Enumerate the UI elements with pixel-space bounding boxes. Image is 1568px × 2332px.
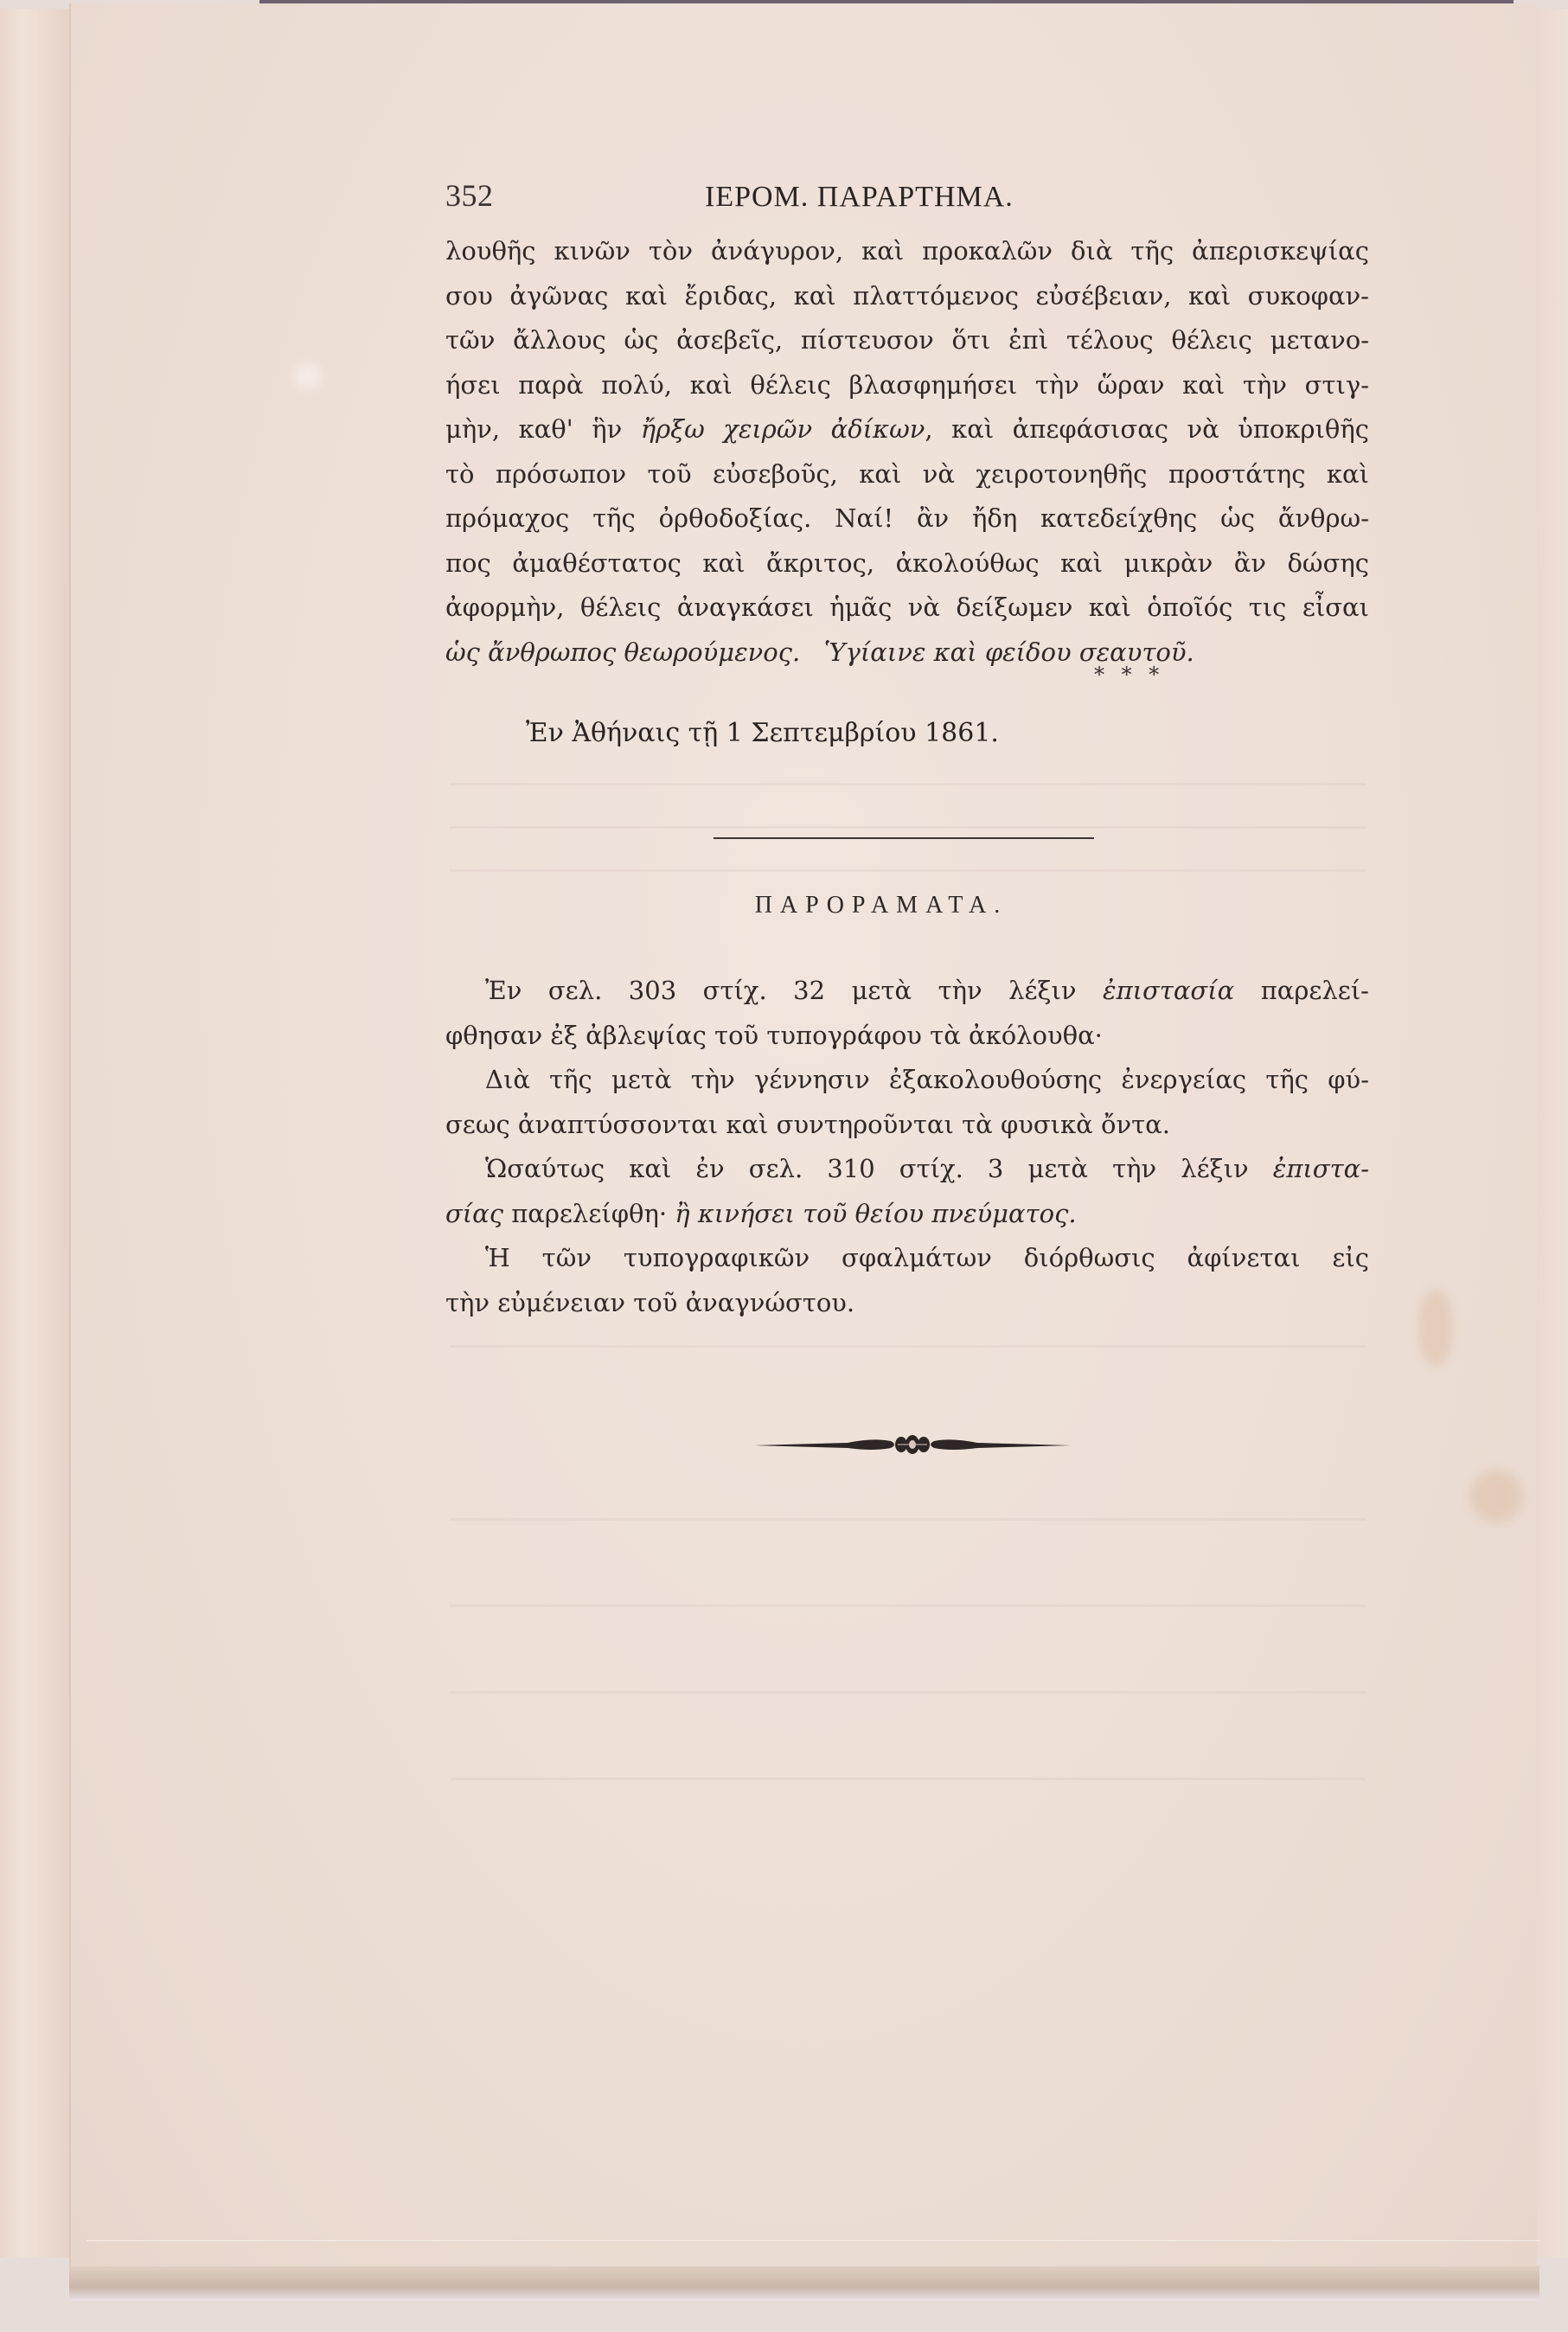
page-stack-edge-left [0, 9, 75, 2258]
paper-blemish [294, 363, 320, 389]
errata-line: φθησαν ἐξ ἀβλεψίας τοῦ τυπογράφου τὰ ἀκό… [445, 1014, 1369, 1059]
errata-heading: ΠΑΡΟΡΑΜΑΤΑ. [445, 884, 1369, 945]
bleed-through-line [450, 1605, 1366, 1607]
text-line: σου ἀγῶνας καὶ ἔριδας, καὶ πλαττόμενος ε… [445, 274, 1369, 319]
asterism-signature: * * * [1094, 663, 1568, 689]
errata-line: Ἐν σελ. 303 στίχ. 32 μετὰ τὴν λέξιν ἐπισ… [445, 969, 1369, 1014]
text-line: τὸ πρόσωπον τοῦ εὐσεβοῦς, καὶ νὰ χειροτο… [445, 452, 1369, 497]
running-head: 352 ΙΕΡΟΜ. ΠΑΡΑΡΤΗΜΑ. [445, 177, 1369, 229]
text-line: ἀφορμὴν, θέλεις ἀναγκάσει ἡμᾶς νὰ δείξωμ… [445, 586, 1369, 631]
bleed-through-line [450, 1778, 1366, 1780]
errata-line: Ὡσαύτως καὶ ἐν σελ. 310 στίχ. 3 μετὰ τὴν… [445, 1147, 1369, 1192]
ornament-tailpiece-icon [752, 1432, 1072, 1457]
page-content: 352 ΙΕΡΟΜ. ΠΑΡΑΡΤΗΜΑ. λουθῆς κινῶν τὸν ἀ… [445, 177, 1369, 1325]
errata-line: τὴν εὐμένειαν τοῦ ἀναγνώστου. [445, 1281, 1369, 1326]
bottom-edge-worn [69, 2266, 1539, 2301]
bleed-through-line [450, 1518, 1366, 1521]
body-paragraph: λουθῆς κινῶν τὸν ἀνάγυρον, καὶ προκαλῶν … [445, 229, 1369, 675]
errata-line: σεως ἀναπτύσσονται καὶ συντηροῦνται τὰ φ… [445, 1103, 1369, 1148]
text-line: ήσει παρὰ πολύ, καὶ θέλεις βλασφημήσει τ… [445, 363, 1369, 408]
foxing-stain [1418, 1289, 1453, 1367]
bleed-through-line [450, 1691, 1366, 1694]
text-line: τῶν ἄλλους ὡς ἀσεβεῖς, πίστευσον ὅτι ἐπὶ… [445, 318, 1369, 363]
italic-quote: ἤρξω χειρῶν ἀδίκων [641, 414, 925, 444]
section-divider-rule [714, 837, 1094, 839]
fold-crease [86, 2240, 1539, 2241]
text-line: λουθῆς κινῶν τὸν ἀνάγυρον, καὶ προκαλῶν … [445, 229, 1369, 274]
page-number: 352 [445, 177, 705, 214]
top-shadow [259, 0, 1514, 3]
foxing-stain [1470, 1470, 1522, 1522]
page-edge-right [1532, 9, 1568, 2258]
errata-line: Ἡ τῶν τυπογραφικῶν σφαλμάτων διόρθωσις ἀ… [445, 1236, 1369, 1281]
text-line: πρόμαχος τῆς ὀρθοδοξίας. Ναί! ἂν ἤδη κατ… [445, 497, 1369, 541]
errata-line: σίας παρελείφθη· ἢ κινήσει τοῦ θείου πνε… [445, 1192, 1369, 1237]
errata-list: Ἐν σελ. 303 στίχ. 32 μετὰ τὴν λέξιν ἐπισ… [445, 969, 1369, 1325]
text-line: πος ἀμαθέστατος καὶ ἄκριτος, ἀκολούθως κ… [445, 541, 1369, 586]
bleed-through-line [450, 1345, 1366, 1348]
errata-line: Διὰ τῆς μετὰ τὴν γέννησιν ἐξακολουθούσης… [445, 1058, 1369, 1103]
text-line: μὴν, καθ' ἣν ἤρξω χειρῶν ἀδίκων, καὶ ἀπε… [445, 407, 1369, 452]
dateline: Ἐν Ἀθήναις τῇ 1 Σεπτεμβρίου 1861. [445, 708, 1369, 759]
running-title: ΙΕΡΟΜ. ΠΑΡΑΡΤΗΜΑ. [705, 181, 1014, 214]
